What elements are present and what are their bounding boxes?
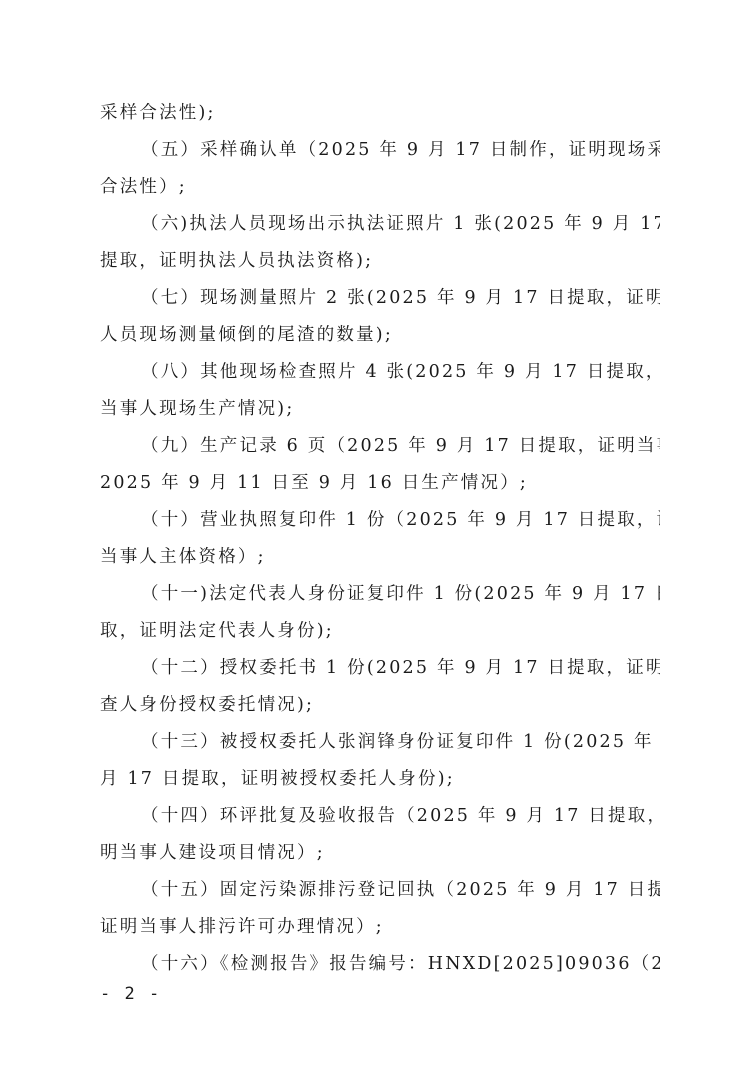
evidence-item-9: （九）生产记录 6 页（2025 年 9 月 17 日提取，证明当事人 bbox=[100, 428, 660, 465]
text-line: 采样合法性); bbox=[100, 95, 660, 132]
evidence-item-13: （十三）被授权委托人张润锋身份证复印件 1 份(2025 年 9 bbox=[100, 724, 660, 761]
text-line: 取，证明法定代表人身份); bbox=[100, 613, 660, 650]
evidence-item-15: （十五）固定污染源排污登记回执（2025 年 9 月 17 日提取， bbox=[100, 872, 660, 909]
evidence-item-16: （十六）《检测报告》报告编号：HNXD[2025]09036（2025 bbox=[100, 946, 660, 983]
text-line: 当事人主体资格）; bbox=[100, 539, 660, 576]
evidence-item-8: （八）其他现场检查照片 4 张(2025 年 9 月 17 日提取，证明 bbox=[100, 354, 660, 391]
text-line: 合法性）; bbox=[100, 169, 660, 206]
text-line: 提取，证明执法人员执法资格); bbox=[100, 243, 660, 280]
evidence-item-5: （五）采样确认单（2025 年 9 月 17 日制作，证明现场采样 bbox=[100, 132, 660, 169]
text-line: 2025 年 9 月 11 日至 9 月 16 日生产情况）; bbox=[100, 465, 660, 502]
text-line: 月 17 日提取，证明被授权委托人身份); bbox=[100, 761, 660, 798]
text-line: 当事人现场生产情况); bbox=[100, 391, 660, 428]
page-number: - 2 - bbox=[100, 984, 161, 1004]
text-line: 查人身份授权委托情况); bbox=[100, 687, 660, 724]
evidence-item-6: （六)执法人员现场出示执法证照片 1 张(2025 年 9 月 17 日 bbox=[100, 206, 660, 243]
evidence-item-12: （十二）授权委托书 1 份(2025 年 9 月 17 日提取，证明被调 bbox=[100, 650, 660, 687]
evidence-item-7: （七）现场测量照片 2 张(2025 年 9 月 17 日提取，证明执法 bbox=[100, 280, 660, 317]
text-line: 证明当事人排污许可办理情况）; bbox=[100, 909, 660, 946]
text-line: 人员现场测量倾倒的尾渣的数量); bbox=[100, 317, 660, 354]
evidence-item-10: （十）营业执照复印件 1 份（2025 年 9 月 17 日提取，证明 bbox=[100, 502, 660, 539]
evidence-item-11: （十一)法定代表人身份证复印件 1 份(2025 年 9 月 17 日提 bbox=[100, 576, 660, 613]
document-page-body: 采样合法性); （五）采样确认单（2025 年 9 月 17 日制作，证明现场采… bbox=[100, 95, 660, 983]
text-line: 明当事人建设项目情况）; bbox=[100, 835, 660, 872]
evidence-item-14: （十四）环评批复及验收报告（2025 年 9 月 17 日提取，证 bbox=[100, 798, 660, 835]
